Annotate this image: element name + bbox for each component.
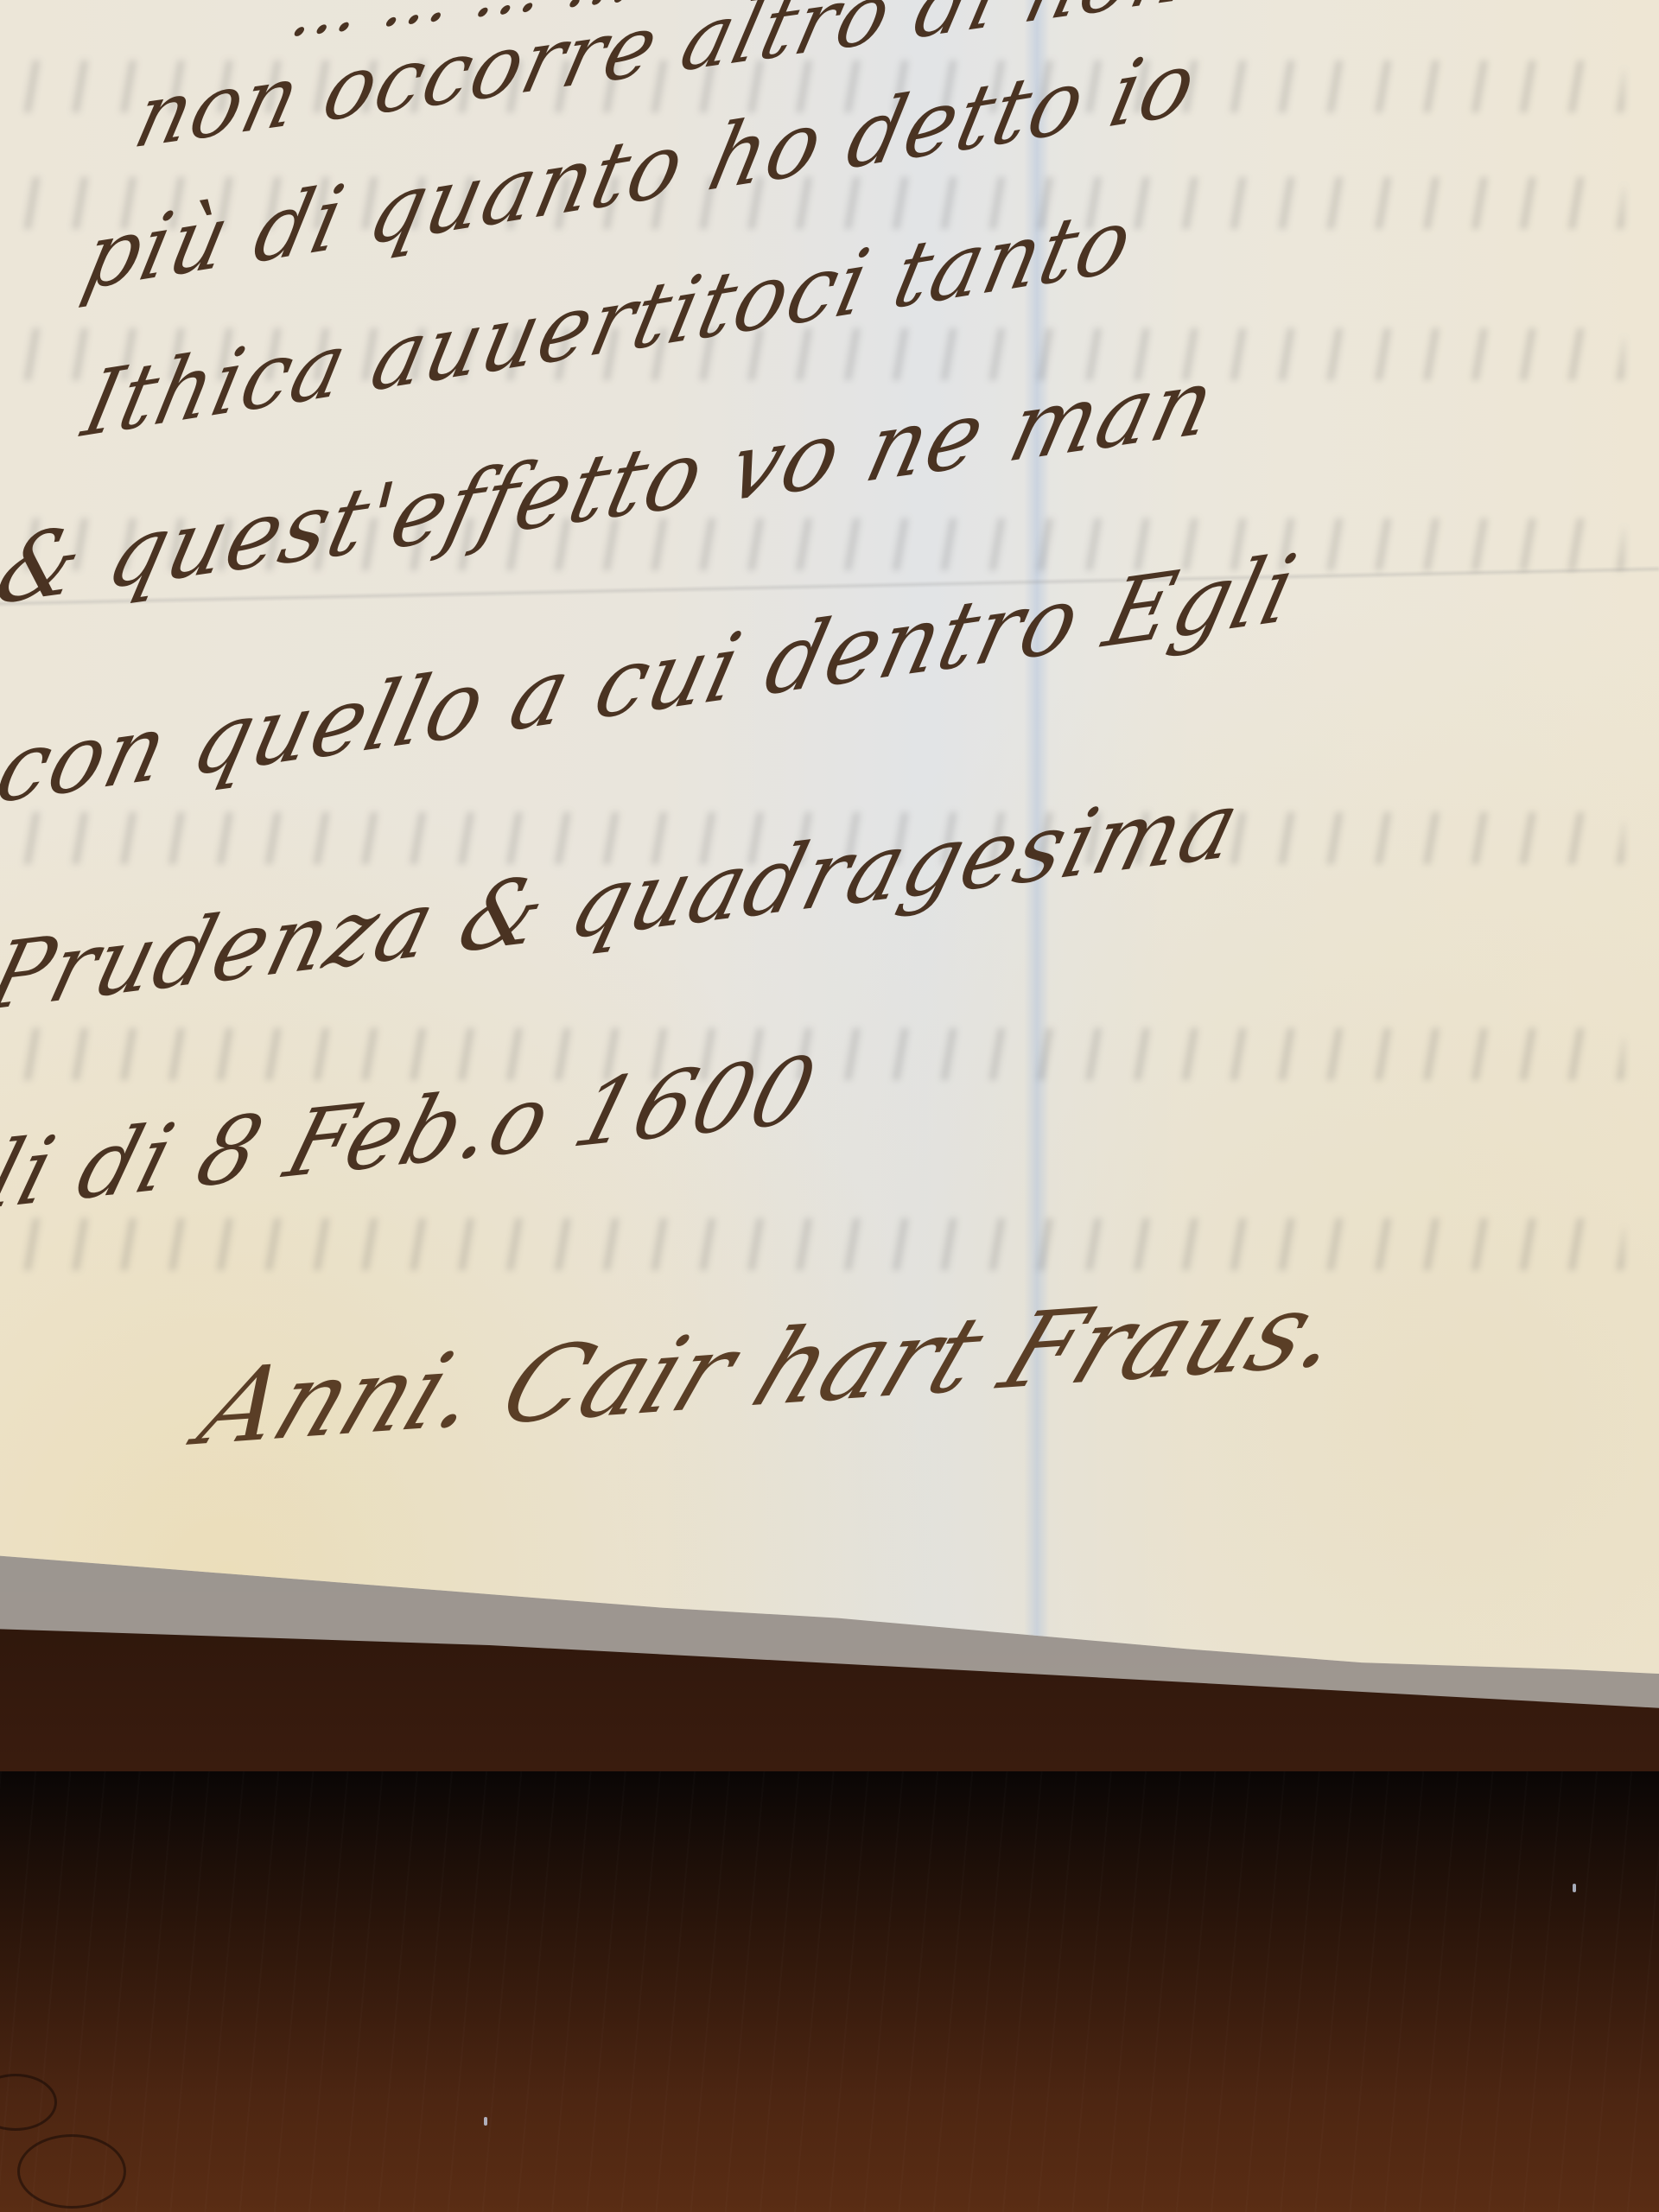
wooden-table — [0, 1771, 1659, 2212]
manuscript-page: … … … … non non occorre altro di non più… — [0, 0, 1659, 1676]
dust-speck — [484, 2117, 487, 2126]
bleed-through-text — [0, 1218, 1624, 1270]
table-scratch — [0, 2074, 57, 2131]
photo-scene: … … … … non non occorre altro di non più… — [0, 0, 1659, 2212]
signature-text: Anni. Cair hart Fraus. — [184, 1267, 1363, 1469]
dust-speck — [1573, 1884, 1576, 1892]
manuscript-line: Prudenza & quadragesima — [0, 768, 1278, 1030]
line-text: Prudenza & quadragesima — [0, 769, 1252, 1032]
signature: Anni. Cair hart Fraus. — [203, 1265, 1403, 1467]
table-scratch — [17, 2134, 126, 2209]
